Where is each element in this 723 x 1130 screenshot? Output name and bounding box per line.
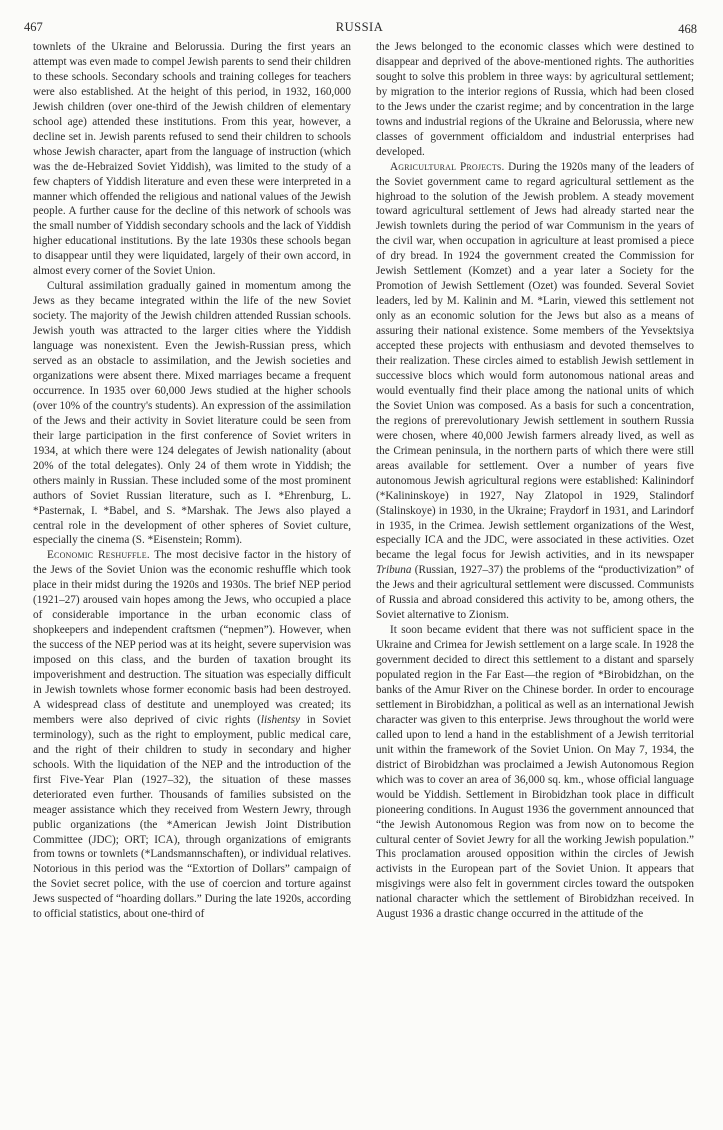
section-heading-economic-reshuffle: Economic Reshuffle. bbox=[47, 549, 150, 561]
italic-term: lishentsy bbox=[261, 714, 300, 726]
right-column: the Jews belonged to the economic classe… bbox=[376, 40, 694, 922]
paragraph-birobidzhan: It soon became evident that there was no… bbox=[376, 623, 694, 922]
paragraph-text: During the 1920s many of the leaders of … bbox=[376, 161, 694, 562]
paragraph-text: The most decisive factor in the history … bbox=[33, 549, 351, 725]
paragraph-schools: townlets of the Ukraine and Belorussia. … bbox=[33, 40, 351, 279]
paragraph-cultural-assimilation: Cultural assimilation gradually gained i… bbox=[33, 279, 351, 548]
paragraph-economic-classes: the Jews belonged to the economic classe… bbox=[376, 40, 694, 160]
paragraph-agricultural-projects: Agricultural Projects. During the 1920s … bbox=[376, 160, 694, 624]
paragraph-economic-reshuffle: Economic Reshuffle. The most decisive fa… bbox=[33, 548, 351, 922]
running-title: RUSSIA bbox=[22, 20, 697, 35]
paragraph-text: (Russian, 1927–37) the problems of the “… bbox=[376, 564, 694, 621]
left-column: townlets of the Ukraine and Belorussia. … bbox=[33, 40, 351, 922]
italic-newspaper-title: Tribuna bbox=[376, 564, 411, 576]
section-heading-agricultural-projects: Agricultural Projects. bbox=[390, 161, 505, 173]
page-header: 467 RUSSIA 468 bbox=[22, 20, 697, 40]
page-number-right: 468 bbox=[678, 22, 697, 37]
paragraph-text: in Soviet terminology), such as the righ… bbox=[33, 714, 351, 920]
